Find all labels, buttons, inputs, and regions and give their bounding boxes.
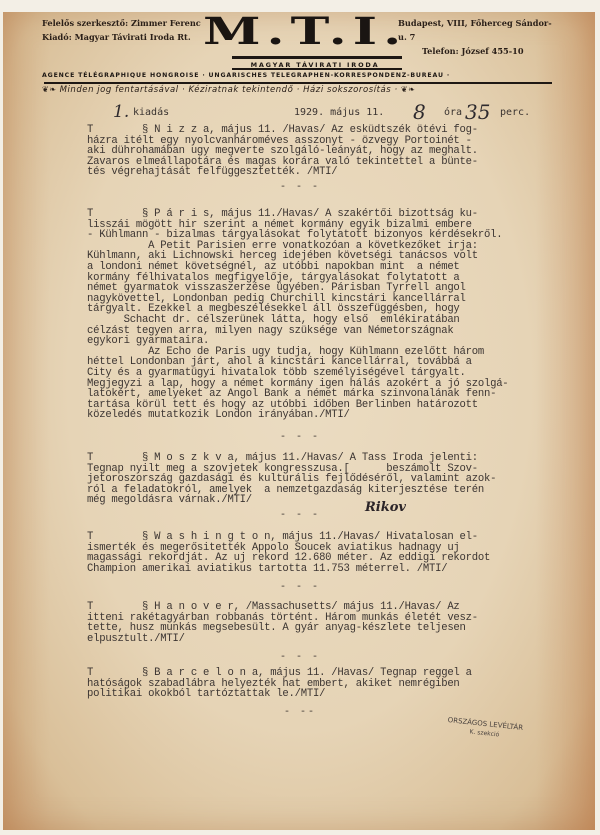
agency-name-banner: MAGYAR TÁVIRATI IRODA <box>240 61 390 69</box>
article-hanover: T § H a n o v e r, /Massachusetts/ május… <box>87 602 557 644</box>
article-moszkva: T § M o s z k v a, május 11./Havas/ A Ta… <box>87 453 557 506</box>
logo-underline <box>232 56 402 59</box>
edition-label: kiadás <box>133 107 169 118</box>
ornament-right-icon: ❦❧ <box>398 85 416 94</box>
edition-line: 1. kiadás 1929. május 11. 8 óra 35 perc. <box>0 102 600 126</box>
hour-label: óra <box>444 107 462 118</box>
edition-date: 1929. május 11. <box>294 107 384 118</box>
mti-logo: M.T.I. <box>203 14 407 50</box>
article-paris: T § P á r i s, május 11./Havas/ A szakér… <box>87 209 557 421</box>
letterhead-right: Budapest, VIII, Főherceg Sándor-u. 7 Tel… <box>398 16 558 58</box>
edition-number: 1. <box>113 102 129 122</box>
ornament-left-icon: ❦❧ <box>42 85 60 94</box>
separator: - -- <box>0 707 600 718</box>
article-nizza: T § N i z z a, május 11. /Havas/ Az eskü… <box>87 125 557 178</box>
letterhead-left: Felelős szerkesztő: Zimmer Ferenc Kiadó:… <box>42 16 201 44</box>
phone-line: Telefon: József 455-10 <box>398 44 558 58</box>
edition-minute: 35 <box>465 100 490 124</box>
separator: - - - <box>0 510 600 521</box>
rights-notice: ❦❧ Minden jog fentartásával · Kéziratnak… <box>42 85 557 95</box>
separator: - - - <box>0 432 600 443</box>
article-barcelona: T § B a r c e l o n a, május 11. /Havas/… <box>87 668 557 700</box>
minute-label: perc. <box>500 107 530 118</box>
separator: - - - <box>0 582 600 593</box>
article-washington: T § W a s h i n g t o n, május 11./Havas… <box>87 532 557 574</box>
separator: - - - <box>0 182 600 193</box>
editor-line: Felelős szerkesztő: Zimmer Ferenc <box>42 16 201 30</box>
separator: - - - <box>0 652 600 663</box>
banner-rule-bottom <box>44 82 552 84</box>
edition-hour: 8 <box>413 100 426 124</box>
address-line: Budapest, VIII, Főherceg Sándor-u. 7 <box>398 16 558 44</box>
multilingual-banner: AGENCE TÉLÉGRAPHIQUE HONGROISE · UNGARIS… <box>42 72 552 79</box>
publisher-line: Kiadó: Magyar Távirati Iroda Rt. <box>42 30 201 44</box>
